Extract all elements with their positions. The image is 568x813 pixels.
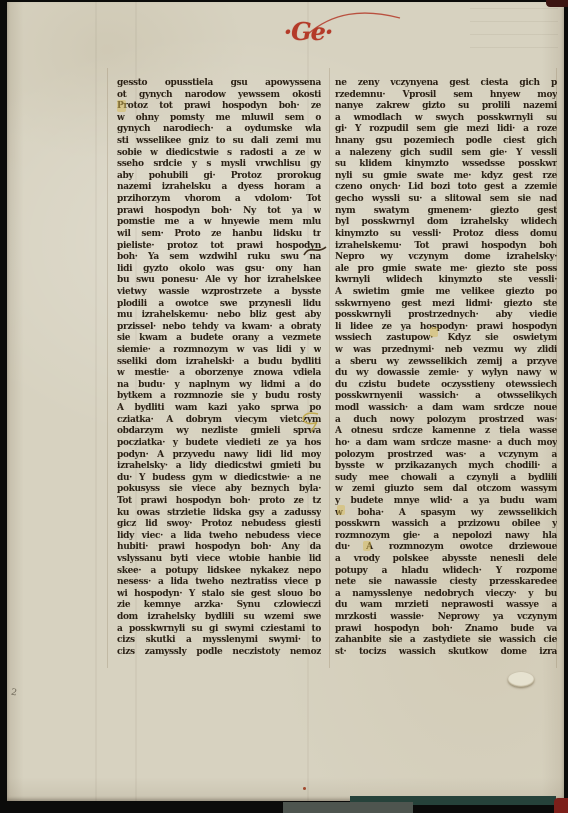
text-line: sie kwam a budete orany a vezmete <box>117 333 321 345</box>
text-line: wssiech zastupow· Kdyz sie oswietym <box>335 333 557 345</box>
text-line: a nalezeny gich sudil sem gie· Y vessli <box>335 148 557 160</box>
text-column-left: gessto opusstiela gsu apowyssenaot gynyc… <box>117 78 321 658</box>
text-line: obdarzym wy nezliste gmieli sprwa <box>117 426 321 438</box>
text-line: ku owas strzietie lidska gsy a zadussy <box>117 508 321 520</box>
text-line: na budu· y naplnym wy lidmi a do <box>117 380 321 392</box>
text-line: vietwy wassie wzprostrzete a bysste <box>117 287 321 299</box>
text-line: polozym prostrzed was· a vczynym a <box>335 450 557 462</box>
text-line: ne zeny vczynyena gest ciesta gich p <box>335 78 557 90</box>
gutter-loop-mark-icon <box>297 410 325 438</box>
text-line: zahanbite sie a zastydiete sie wassich c… <box>335 635 557 647</box>
text-line: w was przednymi· neb vezmu wy zlidi <box>335 345 557 357</box>
text-line: przissel· nebo tehdy va kwam· a obraty <box>117 322 321 334</box>
text-line: sskwrnyeno gest mezi lidmi· giezto ste <box>335 299 557 311</box>
mat-edge-gray <box>283 802 413 813</box>
text-line: przihorzym vhorom a vdolom· Tot <box>117 194 321 206</box>
text-line: w mestie· a oborzenye znowa vdiela <box>117 368 321 380</box>
text-line: su klidem kinymzto wssedsse posskwr <box>335 159 557 171</box>
text-line: pieliste· protoz tot prawi hospodyn <box>117 241 321 253</box>
text-line: nyli su gmie swate me· kdyz gest rze <box>335 171 557 183</box>
text-line: sseho srdcie y s mysli vrwchlisu gy <box>117 159 321 171</box>
text-line: pokusyss sie viece aby beznych byla· <box>117 484 321 496</box>
yellow-wash-mark <box>430 327 438 337</box>
text-line: nym swatym gmenem· giezto gest <box>335 206 557 218</box>
text-line: sti wsselikee gniz to su dali zemi mu <box>117 136 321 148</box>
text-line: wil sem· Proto ze hanbu lidsku tr <box>117 229 321 241</box>
text-line: wi hospodyn· Y stalo sie gest slouo bo <box>117 589 321 601</box>
text-line: w zemi giuzto sem dal otczom wassym <box>335 484 557 496</box>
text-line: du wam mrzieti neprawosti wassye a <box>335 600 557 612</box>
text-line: rzedemnu· Vprosil sem hnyew moy <box>335 90 557 102</box>
fold-shadow <box>95 2 97 801</box>
text-line: siemie· a rozmnozym w vas lidi y w <box>117 345 321 357</box>
text-line: mrzkosti wassie· Neprowy ya vczynym <box>335 612 557 624</box>
text-line: mu izrahelskemu· nebo bliz gest aby <box>117 310 321 322</box>
text-line: Protoz tot prawi hospodyn boh· ze <box>117 101 321 113</box>
manuscript-photo-frame: ·Ge· gessto opusstiela gsu apowyssenaot … <box>0 0 568 813</box>
text-line: cizs skutki a mysslenymi swymi· to <box>117 635 321 647</box>
text-line: hnany gsu pozemiech podle ciest gich <box>335 136 557 148</box>
parchment-hole <box>508 672 534 687</box>
text-line: Tot prawi hospodyn boh· proto ze tz <box>117 496 321 508</box>
text-line: nanye zakrew gizto su prolili nazemi <box>335 101 557 113</box>
running-title: ·Ge· <box>273 17 343 46</box>
text-line: gi· Y rozpudil sem gie mezi lidi· a roze <box>335 124 557 136</box>
text-line: bytkem a rozmnozie sie y budu rosty <box>117 391 321 403</box>
text-line: bysste w przikazanych mych chodili· a <box>335 461 557 473</box>
text-line: w ohny pomsty me mluwil sem o <box>117 113 321 125</box>
text-line: posskwrnyli prostrzednych· aby viedie <box>335 310 557 322</box>
text-line: A swietim gmie me velikee giezto po <box>335 287 557 299</box>
quire-mark: 2 <box>10 688 18 699</box>
yellow-wash-mark <box>337 505 345 515</box>
text-line: du· Y budess gym w diedicstwie· a ne <box>117 473 321 485</box>
text-line: ot gynych narodow yewssem okosti <box>117 90 321 102</box>
text-line: a namysslenye nedobrych vieczy· y bu <box>335 589 557 601</box>
text-line: Nepro wy vczynym dome izrahelsky· <box>335 252 557 264</box>
text-line: du wy dowassie zemie· y wylyn nawy w <box>335 368 557 380</box>
text-line: izrahelskemu· Tot prawi hospodyn boh <box>335 241 557 253</box>
text-line: pocziatka· y budete viedieti ze ya hos <box>117 438 321 450</box>
text-line: a posskwrnyli su gi swymi cziestami to <box>117 624 321 636</box>
text-line: posskwrnyenii wassich· a otwsselikych <box>335 391 557 403</box>
text-line: a vrody polskee abysste nenesli dele <box>335 554 557 566</box>
text-line: sudy mee chowali a czynyli a bydlili <box>335 473 557 485</box>
text-column-right: ne zeny vczynyena gest ciesta gich przed… <box>335 78 557 658</box>
text-line: a duch nowy polozym prostrzed was· <box>335 415 557 427</box>
text-line: cizs zamyssly podle neczistoty nemoz <box>117 647 321 659</box>
text-line: byl posskwrnyl dom izrahelsky wlidech <box>335 217 557 229</box>
binding-corner-red <box>554 798 568 813</box>
text-line: boh· Ya sem wzdwihl ruku swu na <box>117 252 321 264</box>
text-line: lidy viec· a lida tweho nebudess viece <box>117 531 321 543</box>
text-line: prawi hospodyn boh· Ny tot ya w <box>117 206 321 218</box>
text-line: posskwrn wassich a przizowu obilee y <box>335 519 557 531</box>
text-line: nazemi izrahelsku a dyess horam a <box>117 182 321 194</box>
yellow-wash-mark <box>117 100 126 112</box>
text-line: vslyssanu byti viece wtobie hanbie lid <box>117 554 321 566</box>
text-line: podyn· A przyvedu nawy lidi lid moy <box>117 450 321 462</box>
text-line: a sberu wy zewsselikich zemij a przyve <box>335 357 557 369</box>
text-line: gessto opusstiela gsu apowyssena <box>117 78 321 90</box>
text-line: st· tocizs wassich skutkow dome izra <box>335 647 557 659</box>
text-line: A otnesu srdcze kamenne z tiela wasse <box>335 426 557 438</box>
ink-speck <box>303 787 306 790</box>
text-line: A bydliti wam kazi yako sprwa po <box>117 403 321 415</box>
ruling-line-center <box>329 68 330 668</box>
gutter-paraph-icon <box>301 242 329 260</box>
text-line: bu swu ponesu· Ale vy hor izrahelskee <box>117 275 321 287</box>
text-line: gicz lid swoy· Protoz nebudess giesti <box>117 519 321 531</box>
text-line: sobie w diedicstwie s radosti a ze w <box>117 148 321 160</box>
text-line: y budete mnye wlid· a ya budu wam <box>335 496 557 508</box>
text-line: plodili a owotce swe przynesli lidu <box>117 299 321 311</box>
text-line: modl wassich· a dam wam srdcze noue <box>335 403 557 415</box>
text-line: a wmodlach w swych posskwrnyli su <box>335 113 557 125</box>
parchment-page: ·Ge· gessto opusstiela gsu apowyssenaot … <box>7 2 564 801</box>
text-line: zie kemnye arzka· Synu czlowieczi <box>117 600 321 612</box>
text-line: nete sie nawassie ciesty przesskaredee <box>335 577 557 589</box>
text-line: cziatka· A dobrym viecym vietczym <box>117 415 321 427</box>
text-line: dom izrahelsky bydlili su wzemi swe <box>117 612 321 624</box>
text-line: gecho wyssli su· a slitowal sem sie nad <box>335 194 557 206</box>
text-line: lidi gyzto okolo was gsu· ony han <box>117 264 321 276</box>
yellow-wash-mark <box>363 541 371 551</box>
text-line: hubiti· prawi hospodyn boh· Any da <box>117 542 321 554</box>
text-line: kwrnyli wlidech kinymzto ste vessli· <box>335 275 557 287</box>
text-line: czeno onych· Lid bozi toto gest a zzemie <box>335 182 557 194</box>
text-line: aby pohubili gi· Protoz prorokug <box>117 171 321 183</box>
text-line: nesess· a lida tweho neztratiss viece p <box>117 577 321 589</box>
text-line: gynych narodiech· a oydumske wla <box>117 124 321 136</box>
text-line: sseliki dom izrahelski· a budu bydliti <box>117 357 321 369</box>
text-line: izrahelsky· a lidy diedicstwi gmieti bu <box>117 461 321 473</box>
text-line: li lidee ze ya hospodyn· prawi hospodyn <box>335 322 557 334</box>
text-line: ale pro gmie swate me· giezto ste poss <box>335 264 557 276</box>
text-line: pomstie me a w hnyewie mem mlu <box>117 217 321 229</box>
text-line: skee· a potupy lidskee nykakez nepo <box>117 566 321 578</box>
text-line: kinymzto su vessli· Protoz diess domu <box>335 229 557 241</box>
text-line: w boha· A spasym wy zewsselikich <box>335 508 557 520</box>
text-line: ho· a dam wam srdcze masne· a duch moy <box>335 438 557 450</box>
text-line: potupy a hladu wlidech· Y rozpome <box>335 566 557 578</box>
binding-corner-top <box>546 0 568 7</box>
show-through-lines <box>470 8 558 60</box>
text-line: prawi hospodyn boh· Znamo bude va <box>335 624 557 636</box>
ruling-line-left <box>107 68 108 668</box>
text-line: du czistu budete oczysstieny otewssiech <box>335 380 557 392</box>
